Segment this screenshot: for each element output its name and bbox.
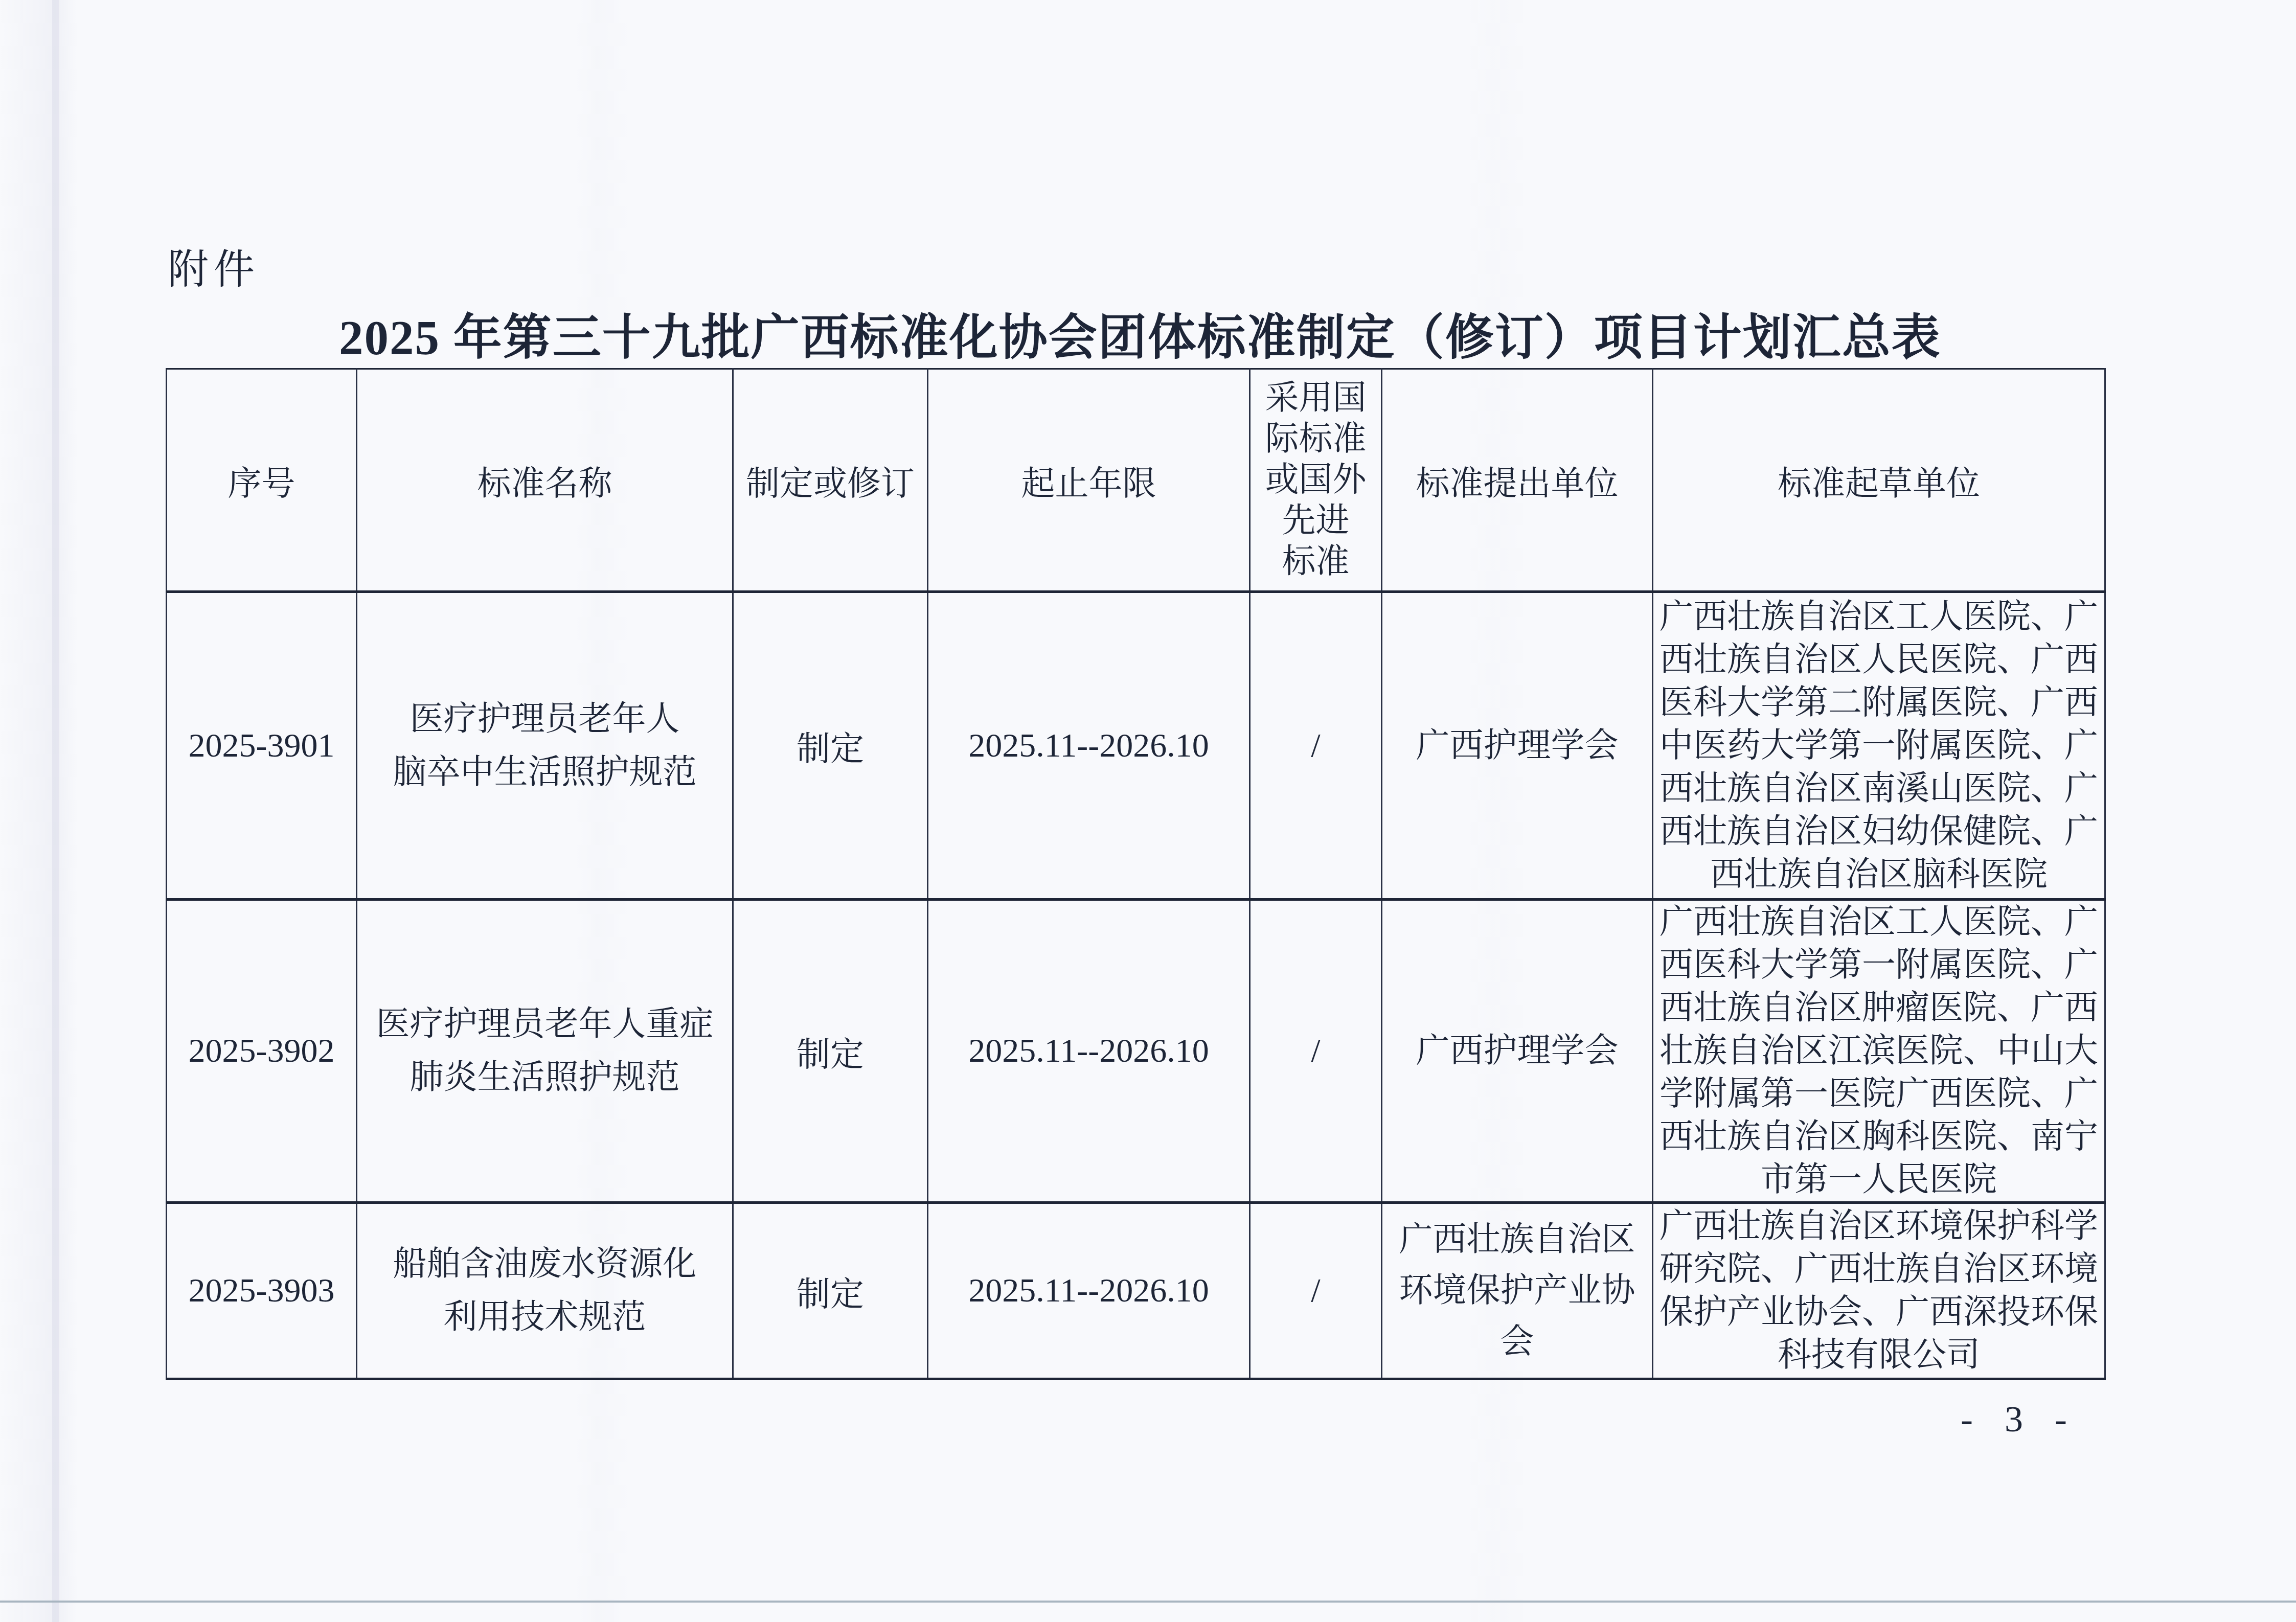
cell-period: 2025.11--2026.10 xyxy=(928,900,1250,1203)
header-type: 制定或修订 xyxy=(733,369,928,592)
cell-proposer: 广西护理学会 xyxy=(1382,900,1653,1203)
cell-standard-name: 船舶含油废水资源化 利用技术规范 xyxy=(357,1203,733,1379)
cell-drafter: 广西壮族自治区工人医院、广西医科大学第一附属医院、广西壮族自治区肿瘤医院、广西壮… xyxy=(1653,900,2105,1203)
scanner-streak-artifact xyxy=(52,0,59,1622)
page-number: - 3 - xyxy=(1907,1398,2132,1441)
table-row: 2025-3901 医疗护理员老年人 脑卒中生活照护规范 制定 2025.11-… xyxy=(167,592,2105,900)
header-no: 序号 xyxy=(167,369,357,592)
attachment-label: 附件 xyxy=(168,236,260,295)
cell-standard-name: 医疗护理员老年人重症 肺炎生活照护规范 xyxy=(357,900,733,1203)
header-intl-standard: 采用国 际标准 或国外 先进 标准 xyxy=(1250,369,1382,592)
cell-drafter: 广西壮族自治区环境保护科学研究院、广西壮族自治区环境保护产业协会、广西深投环保科… xyxy=(1653,1203,2105,1379)
standards-plan-table: 序号 标准名称 制定或修订 起止年限 采用国 际标准 或国外 先进 标准 标准提… xyxy=(166,368,2106,1380)
cell-period: 2025.11--2026.10 xyxy=(928,592,1250,900)
header-standard-name: 标准名称 xyxy=(357,369,733,592)
scan-edge-line xyxy=(0,1601,2296,1603)
cell-type: 制定 xyxy=(733,1203,928,1379)
cell-no: 2025-3901 xyxy=(167,592,357,900)
header-drafter: 标准起草单位 xyxy=(1653,369,2105,592)
cell-no: 2025-3902 xyxy=(167,900,357,1203)
cell-proposer: 广西护理学会 xyxy=(1382,592,1653,900)
table-header-row: 序号 标准名称 制定或修订 起止年限 采用国 际标准 或国外 先进 标准 标准提… xyxy=(167,369,2105,592)
cell-type: 制定 xyxy=(733,592,928,900)
cell-intl-standard: / xyxy=(1250,900,1382,1203)
cell-period: 2025.11--2026.10 xyxy=(928,1203,1250,1379)
cell-type: 制定 xyxy=(733,900,928,1203)
table-row: 2025-3902 医疗护理员老年人重症 肺炎生活照护规范 制定 2025.11… xyxy=(167,900,2105,1203)
cell-intl-standard: / xyxy=(1250,592,1382,900)
cell-standard-name: 医疗护理员老年人 脑卒中生活照护规范 xyxy=(357,592,733,900)
cell-no: 2025-3903 xyxy=(167,1203,357,1379)
header-period: 起止年限 xyxy=(928,369,1250,592)
header-proposer: 标准提出单位 xyxy=(1382,369,1653,592)
page-title: 2025 年第三十九批广西标准化协会团体标准制定（修订）项目计划汇总表 xyxy=(0,299,2280,369)
cell-proposer: 广西壮族自治区 环境保护产业协会 xyxy=(1382,1203,1653,1379)
table-row: 2025-3903 船舶含油废水资源化 利用技术规范 制定 2025.11--2… xyxy=(167,1203,2105,1379)
cell-drafter: 广西壮族自治区工人医院、广西壮族自治区人民医院、广西医科大学第二附属医院、广西中… xyxy=(1653,592,2105,900)
cell-intl-standard: / xyxy=(1250,1203,1382,1379)
